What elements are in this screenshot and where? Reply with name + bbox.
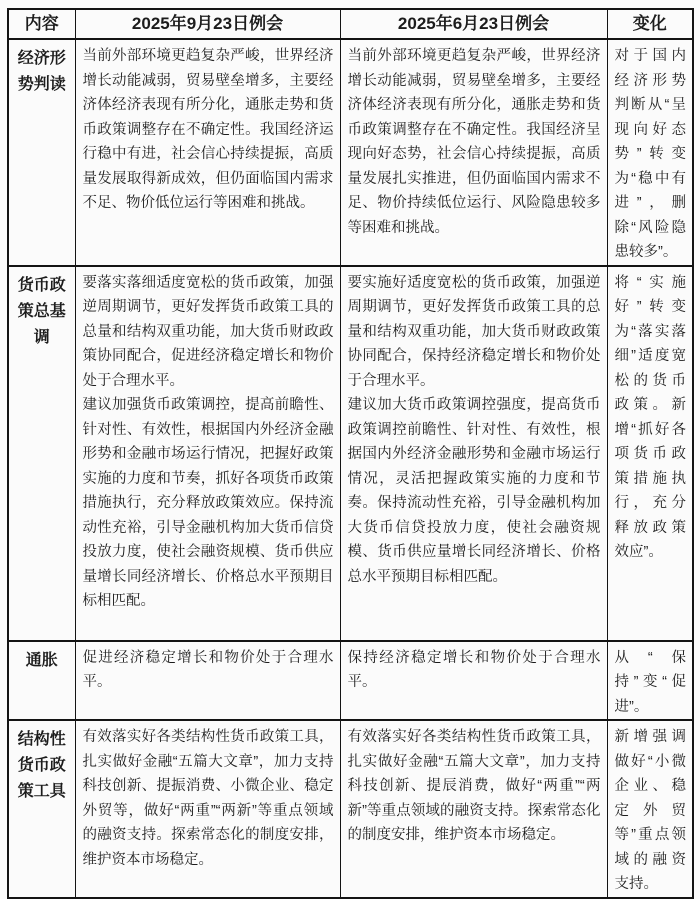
table-cell: 新增强调做好“小微企业、稳定外贸等”重点领域的融资支持。	[607, 720, 693, 898]
cell-paragraph: 从“保持”变“促进”。	[615, 646, 687, 720]
table-cell: 要实施好适度宽松的货币政策，加强逆周期调节，更好发挥货币政策工具的总量和结构双重…	[340, 266, 607, 641]
cell-paragraph: 有效落实好各类结构性货币政策工具，扎实做好金融“五篇大文章”，加力支持科技创新、…	[83, 725, 334, 872]
cell-paragraph: 要实施好适度宽松的货币政策，加强逆周期调节，更好发挥货币政策工具的总量和结构双重…	[348, 271, 601, 394]
table-cell: 有效落实好各类结构性货币政策工具，扎实做好金融“五篇大文章”，加力支持科技创新、…	[340, 720, 607, 898]
column-header-1: 2025年9月23日例会	[75, 9, 340, 39]
cell-paragraph: 有效落实好各类结构性货币政策工具，扎实做好金融“五篇大文章”，加力支持科技创新、…	[348, 725, 601, 848]
table-row: 经济形势判读当前外部环境更趋复杂严峻，世界经济增长动能减弱，贸易壁垒增多，主要经…	[8, 39, 693, 266]
table-cell: 要落实落细适度宽松的货币政策，加强逆周期调节，更好发挥货币政策工具的总量和结构双…	[75, 266, 340, 641]
column-header-2: 2025年6月23日例会	[340, 9, 607, 39]
table-body: 经济形势判读当前外部环境更趋复杂严峻，世界经济增长动能减弱，贸易壁垒增多，主要经…	[8, 39, 693, 898]
cell-paragraph: 建议加强货币政策调控，提高前瞻性、针对性、有效性，根据国内外经济金融形势和金融市…	[83, 393, 334, 614]
table-row: 结构性货币政策工具有效落实好各类结构性货币政策工具，扎实做好金融“五篇大文章”，…	[8, 720, 693, 898]
cell-paragraph: 保持经济稳定增长和物价处于合理水平。	[348, 646, 601, 695]
cell-paragraph: 当前外部环境更趋复杂严峻，世界经济增长动能减弱，贸易壁垒增多，主要经济体经济表现…	[348, 44, 601, 240]
table-row: 通胀促进经济稳定增长和物价处于合理水平。保持经济稳定增长和物价处于合理水平。从“…	[8, 641, 693, 721]
table-cell: 当前外部环境更趋复杂严峻，世界经济增长动能减弱，贸易壁垒增多，主要经济体经济表现…	[75, 39, 340, 266]
page: 内容2025年9月23日例会2025年6月23日例会变化 经济形势判读当前外部环…	[0, 0, 700, 819]
row-topic: 通胀	[8, 641, 75, 721]
cell-paragraph: 新增强调做好“小微企业、稳定外贸等”重点领域的融资支持。	[615, 725, 687, 897]
table-cell: 保持经济稳定增长和物价处于合理水平。	[340, 641, 607, 721]
cell-paragraph: 将“实施好”转变为“落实落细”适度宽松的货币政策。新增“抓好各项货币政策措施执行…	[615, 271, 687, 565]
header-row: 内容2025年9月23日例会2025年6月23日例会变化	[8, 9, 693, 39]
meeting-comparison-table: 内容2025年9月23日例会2025年6月23日例会变化 经济形势判读当前外部环…	[7, 8, 694, 899]
column-header-0: 内容	[8, 9, 75, 39]
table-cell: 有效落实好各类结构性货币政策工具，扎实做好金融“五篇大文章”，加力支持科技创新、…	[75, 720, 340, 898]
row-topic: 经济形势判读	[8, 39, 75, 266]
cell-paragraph: 对于国内经济形势判断从“呈现向好态势”转变为“稳中有进”，删除“风险隐患较多”。	[615, 44, 687, 265]
table-cell: 对于国内经济形势判断从“呈现向好态势”转变为“稳中有进”，删除“风险隐患较多”。	[607, 39, 693, 266]
row-topic: 货币政策总基调	[8, 266, 75, 641]
table-cell: 促进经济稳定增长和物价处于合理水平。	[75, 641, 340, 721]
table-cell: 当前外部环境更趋复杂严峻，世界经济增长动能减弱，贸易壁垒增多，主要经济体经济表现…	[340, 39, 607, 266]
column-header-3: 变化	[607, 9, 693, 39]
table-header: 内容2025年9月23日例会2025年6月23日例会变化	[8, 9, 693, 39]
row-topic: 结构性货币政策工具	[8, 720, 75, 898]
cell-paragraph: 要落实落细适度宽松的货币政策，加强逆周期调节，更好发挥货币政策工具的总量和结构双…	[83, 271, 334, 394]
table-row: 货币政策总基调要落实落细适度宽松的货币政策，加强逆周期调节，更好发挥货币政策工具…	[8, 266, 693, 641]
cell-paragraph: 促进经济稳定增长和物价处于合理水平。	[83, 646, 334, 695]
cell-paragraph: 建议加大货币政策调控强度，提高货币政策调控前瞻性、针对性、有效性，根据国内外经济…	[348, 393, 601, 589]
table-cell: 将“实施好”转变为“落实落细”适度宽松的货币政策。新增“抓好各项货币政策措施执行…	[607, 266, 693, 641]
table-cell: 从“保持”变“促进”。	[607, 641, 693, 721]
cell-paragraph: 当前外部环境更趋复杂严峻，世界经济增长动能减弱，贸易壁垒增多，主要经济体经济表现…	[83, 44, 334, 216]
